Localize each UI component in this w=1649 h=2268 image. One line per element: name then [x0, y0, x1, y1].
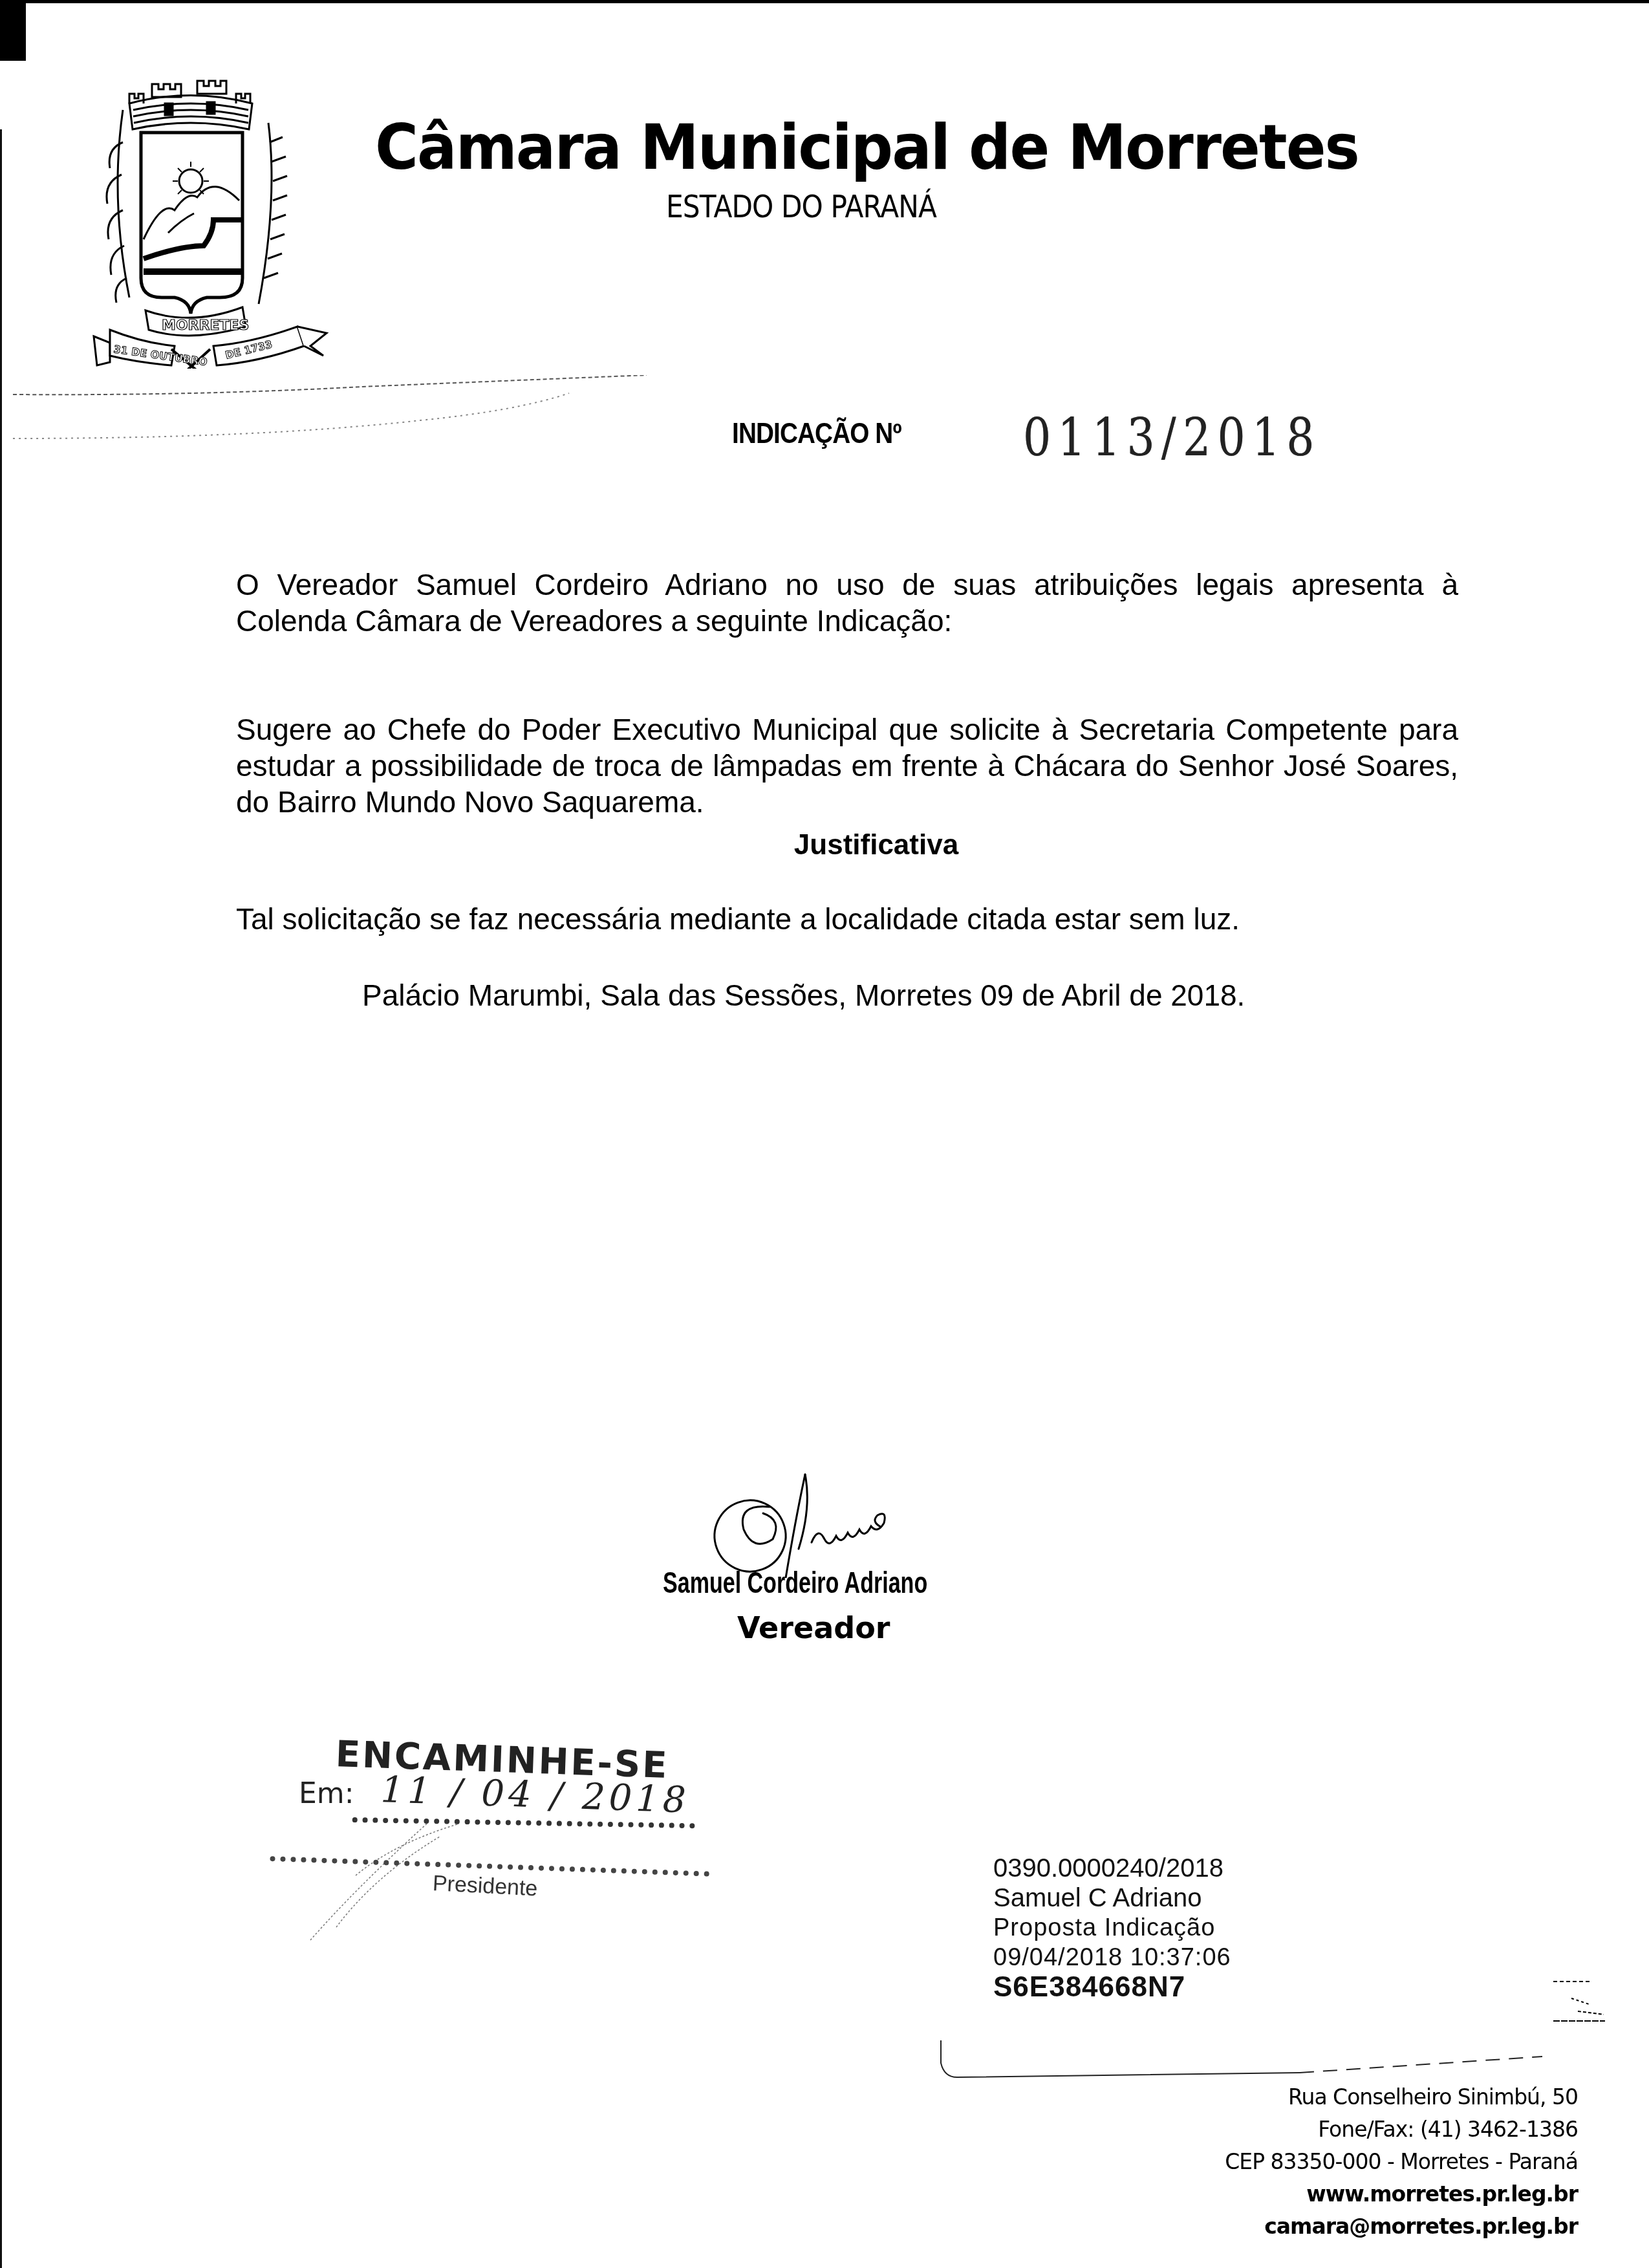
protocol-block: 0390.0000240/2018 Samuel C Adriano Propo…	[993, 1853, 1231, 2002]
justification-paragraph: Tal solicitação se faz necessária median…	[236, 901, 1458, 937]
footer-contact: Rua Conselheiro Sinimbú, 50 Fone/Fax: (4…	[1225, 2081, 1578, 2243]
protocol-datetime: 09/04/2018 10:37:06	[993, 1943, 1231, 1972]
page-title: Câmara Municipal de Morretes	[375, 111, 1359, 184]
indicacao-label: INDICAÇÃO Nº	[732, 418, 901, 450]
scan-edge-top	[26, 0, 1649, 3]
protocol-bracket	[938, 2037, 1546, 2082]
footer-cep: CEP 83350-000 - Morretes - Paraná	[1225, 2146, 1578, 2178]
justification-heading: Justificativa	[0, 829, 1649, 861]
handwritten-signature-icon	[692, 1468, 964, 1578]
indicacao-number: 0113/2018	[1023, 407, 1321, 468]
protocol-code: S6E384668N7	[993, 1972, 1231, 2002]
protocol-author: Samuel C Adriano	[993, 1883, 1231, 1913]
proposal-paragraph: Sugere ao Chefe do Poder Executivo Munic…	[236, 711, 1458, 820]
svg-text:MORRETES: MORRETES	[162, 318, 249, 334]
footer-address: Rua Conselheiro Sinimbú, 50	[1225, 2081, 1578, 2113]
signer-role: Vereador	[737, 1610, 890, 1645]
scan-edge-block	[0, 0, 26, 61]
footer-email: camara@morretes.pr.leg.br	[1225, 2210, 1578, 2243]
justification-heading-text: Justificativa	[794, 829, 958, 861]
protocol-type: Proposta Indicação	[993, 1913, 1231, 1943]
place-date: Palácio Marumbi, Sala das Sessões, Morre…	[362, 978, 1245, 1013]
footer-phone: Fone/Fax: (41) 3462-1386	[1225, 2113, 1578, 2146]
protocol-number: 0390.0000240/2018	[993, 1853, 1231, 1883]
footer-website: www.morretes.pr.leg.br	[1225, 2178, 1578, 2210]
signer-name: Samuel Cordeiro Adriano	[663, 1565, 927, 1600]
stamp-date-label: Em:	[299, 1777, 354, 1810]
page-subtitle: ESTADO DO PARANÁ	[666, 189, 936, 225]
intro-paragraph: O Vereador Samuel Cordeiro Adriano no us…	[236, 567, 1458, 639]
scan-noise-mark	[1552, 1979, 1607, 2024]
municipal-crest-icon: MORRETES 31 DE OUTUBRO DE 1733	[84, 71, 336, 369]
scan-curve-lines	[0, 375, 776, 453]
